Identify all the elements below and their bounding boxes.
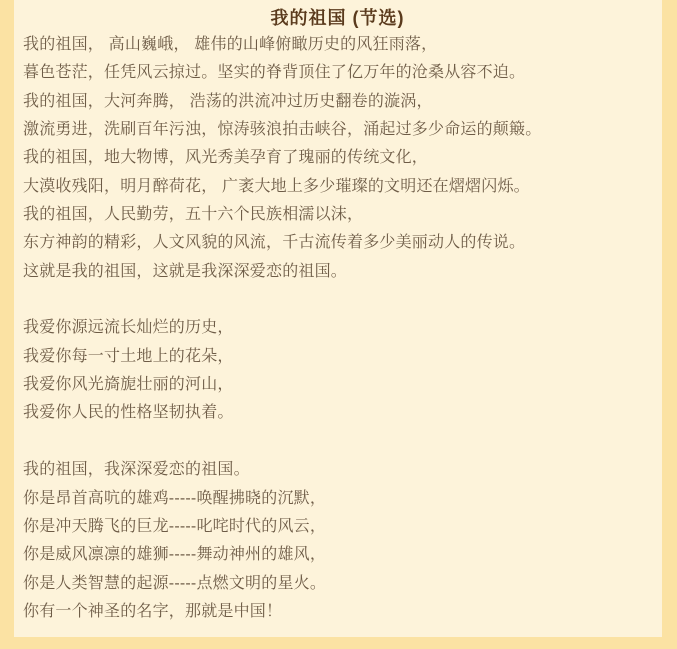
poem-line: 你是昂首高吭的雄鸡-----唤醒拂晓的沉默， <box>23 485 652 513</box>
poem-line: 暮色苍茫，任凭风云掠过。坚实的脊背顶住了亿万年的沧桑从容不迫。 <box>23 59 652 87</box>
poem-line: 我爱你源远流长灿烂的历史， <box>23 314 652 342</box>
poem-line: 我爱你人民的性格坚韧执着。 <box>23 399 652 427</box>
poem-line: 我爱你每一寸土地上的花朵， <box>23 343 652 371</box>
stanza-2: 我爱你源远流长灿烂的历史， 我爱你每一寸土地上的花朵， 我爱你风光旖旎壮丽的河山… <box>23 314 652 427</box>
poem-line: 激流勇进，洗刷百年污浊，惊涛骇浪拍击峡谷，涌起过多少命运的颠簸。 <box>23 116 652 144</box>
stanza-3: 我的祖国，我深深爱恋的祖国。 你是昂首高吭的雄鸡-----唤醒拂晓的沉默， 你是… <box>23 456 652 626</box>
poem-line: 我的祖国，大河奔腾， 浩荡的洪流冲过历史翻卷的漩涡， <box>23 88 652 116</box>
poem-line: 你是人类智慧的起源-----点燃文明的星火。 <box>23 570 652 598</box>
poem-page: 我的祖国 (节选) 我的祖国， 高山巍峨， 雄伟的山峰俯瞰历史的风狂雨落， 暮色… <box>14 0 662 637</box>
poem-title: 我的祖国 (节选) <box>23 5 652 31</box>
poem-line: 大漠收残阳，明月醉荷花， 广袤大地上多少璀璨的文明还在熠熠闪烁。 <box>23 173 652 201</box>
poem-line: 东方神韵的精彩，人文风貌的风流，千古流传着多少美丽动人的传说。 <box>23 229 652 257</box>
poem-line: 我的祖国，人民勤劳，五十六个民族相濡以沫， <box>23 201 652 229</box>
poem-line: 我的祖国，我深深爱恋的祖国。 <box>23 456 652 484</box>
poem-line: 我的祖国， 高山巍峨， 雄伟的山峰俯瞰历史的风狂雨落， <box>23 31 652 59</box>
poem-line: 你有一个神圣的名字，那就是中国！ <box>23 598 652 626</box>
poem-line: 这就是我的祖国，这就是我深深爱恋的祖国。 <box>23 258 652 286</box>
stanza-1: 我的祖国， 高山巍峨， 雄伟的山峰俯瞰历史的风狂雨落， 暮色苍茫，任凭风云掠过。… <box>23 31 652 286</box>
poem-line: 你是威风凛凛的雄狮-----舞动神州的雄风， <box>23 541 652 569</box>
poem-line: 我的祖国，地大物博，风光秀美孕育了瑰丽的传统文化， <box>23 144 652 172</box>
poem-line: 你是冲天腾飞的巨龙-----叱咤时代的风云， <box>23 513 652 541</box>
poem-line: 我爱你风光旖旎壮丽的河山， <box>23 371 652 399</box>
